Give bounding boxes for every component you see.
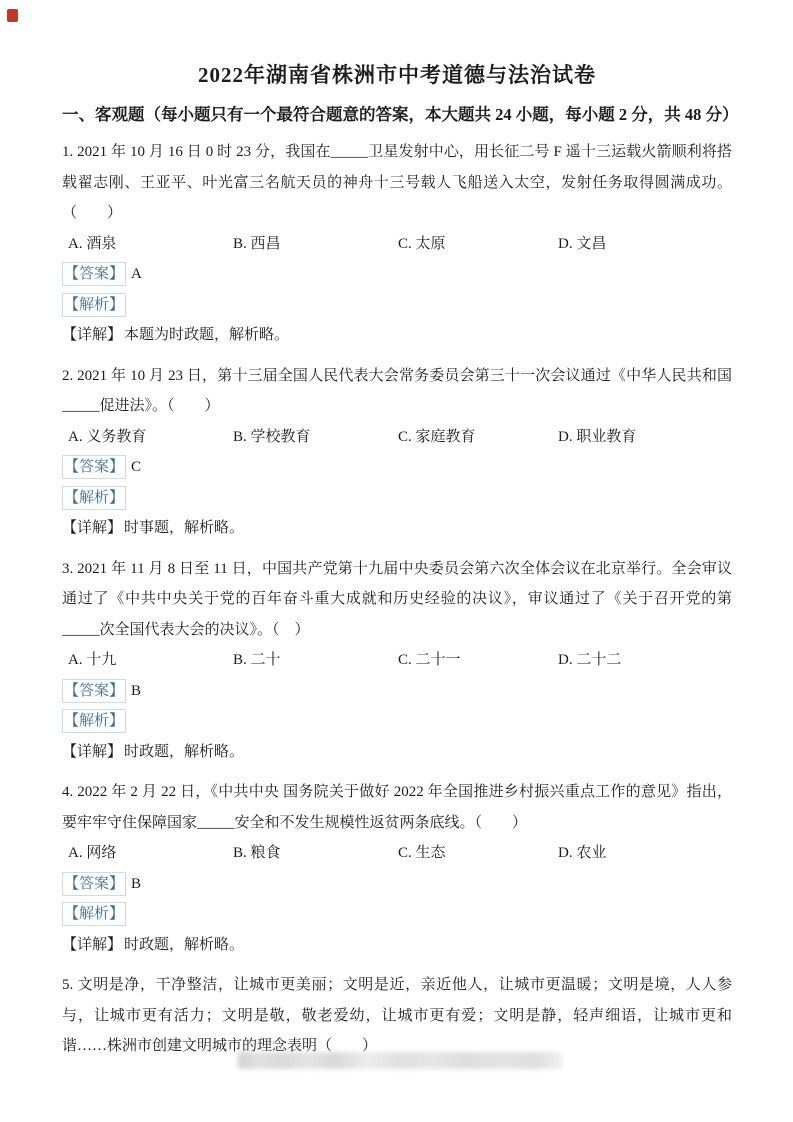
question-3-option-c: C. 二十一 — [398, 645, 558, 676]
corner-red-mark-icon — [7, 9, 18, 22]
answer-tag: 【答案】 — [62, 262, 126, 286]
question-3-detail-text: 时政题，解析略。 — [124, 744, 244, 760]
question-3-detail-line: 【详解】时政题，解析略。 — [62, 737, 732, 768]
detail-label: 【详解】 — [62, 520, 122, 536]
question-3-option-b: B. 二十 — [233, 645, 398, 676]
question-2-answer-value: C — [131, 459, 141, 475]
question-4-option-c: C. 生态 — [398, 838, 558, 869]
detail-label: 【详解】 — [62, 937, 122, 953]
question-2-option-d: D. 职业教育 — [558, 422, 732, 453]
blurred-watermark — [238, 1052, 562, 1069]
question-2-option-c: C. 家庭教育 — [398, 422, 558, 453]
question-4: 4. 2022 年 2 月 22 日，《中共中央 国务院关于做好 2022 年全… — [62, 777, 732, 960]
question-1-stem: 1. 2021 年 10 月 16 日 0 时 23 分，我国在_____卫星发… — [62, 137, 732, 229]
question-4-option-b: B. 粮食 — [233, 838, 398, 869]
question-3-option-a: A. 十九 — [68, 645, 233, 676]
question-5-stem: 5. 文明是净，干净整洁，让城市更美丽；文明是近，亲近他人，让城市更温暖；文明是… — [62, 970, 732, 1062]
question-2-option-b: B. 学校教育 — [233, 422, 398, 453]
question-3-options-row: A. 十九 B. 二十 C. 二十一 D. 二十二 — [62, 645, 732, 676]
question-2: 2. 2021 年 10 月 23 日，第十三届全国人民代表大会常务委员会第三十… — [62, 361, 732, 544]
document-title: 2022年湖南省株洲市中考道德与法治试卷 — [62, 61, 732, 89]
question-1-option-d: D. 文昌 — [558, 229, 732, 260]
analysis-tag: 【解析】 — [62, 293, 126, 317]
analysis-tag: 【解析】 — [62, 486, 126, 510]
detail-label: 【详解】 — [62, 744, 122, 760]
question-1-answer-line: 【答案】A — [62, 259, 732, 290]
analysis-tag: 【解析】 — [62, 709, 126, 733]
question-4-options-row: A. 网络 B. 粮食 C. 生态 D. 农业 — [62, 838, 732, 869]
question-2-detail-text: 时事题，解析略。 — [124, 520, 244, 536]
document-content: 2022年湖南省株洲市中考道德与法治试卷 一、客观题（每小题只有一个最符合题意的… — [62, 0, 732, 1062]
question-4-stem: 4. 2022 年 2 月 22 日，《中共中央 国务院关于做好 2022 年全… — [62, 777, 732, 838]
question-3-stem: 3. 2021 年 11 月 8 日至 11 日，中国共产党第十九届中央委员会第… — [62, 554, 732, 646]
question-1-answer-value: A — [131, 266, 142, 282]
question-2-analysis-line: 【解析】 — [62, 483, 732, 514]
question-3-analysis-line: 【解析】 — [62, 706, 732, 737]
question-2-detail-line: 【详解】时事题，解析略。 — [62, 513, 732, 544]
answer-tag: 【答案】 — [62, 679, 126, 703]
answer-tag: 【答案】 — [62, 872, 126, 896]
question-4-answer-line: 【答案】B — [62, 869, 732, 900]
detail-label: 【详解】 — [62, 327, 122, 343]
question-1-option-c: C. 太原 — [398, 229, 558, 260]
question-1-option-a: A. 酒泉 — [68, 229, 233, 260]
section-heading: 一、客观题（每小题只有一个最符合题意的答案，本大题共 24 小题，每小题 2 分… — [62, 103, 732, 127]
question-4-option-a: A. 网络 — [68, 838, 233, 869]
question-5: 5. 文明是净，干净整洁，让城市更美丽；文明是近，亲近他人，让城市更温暖；文明是… — [62, 970, 732, 1062]
question-1-option-b: B. 西昌 — [233, 229, 398, 260]
question-2-answer-line: 【答案】C — [62, 452, 732, 483]
question-3: 3. 2021 年 11 月 8 日至 11 日，中国共产党第十九届中央委员会第… — [62, 554, 732, 768]
question-4-option-d: D. 农业 — [558, 838, 732, 869]
analysis-tag: 【解析】 — [62, 902, 126, 926]
question-4-answer-value: B — [131, 876, 141, 892]
question-1-options-row: A. 酒泉 B. 西昌 C. 太原 D. 文昌 — [62, 229, 732, 260]
question-1-analysis-line: 【解析】 — [62, 290, 732, 321]
question-1-detail-line: 【详解】本题为时政题，解析略。 — [62, 320, 732, 351]
question-3-answer-value: B — [131, 683, 141, 699]
question-3-answer-line: 【答案】B — [62, 676, 732, 707]
question-1-detail-text: 本题为时政题，解析略。 — [124, 327, 289, 343]
question-4-analysis-line: 【解析】 — [62, 899, 732, 930]
question-1: 1. 2021 年 10 月 16 日 0 时 23 分，我国在_____卫星发… — [62, 137, 732, 351]
question-3-option-d: D. 二十二 — [558, 645, 732, 676]
question-2-options-row: A. 义务教育 B. 学校教育 C. 家庭教育 D. 职业教育 — [62, 422, 732, 453]
question-2-stem: 2. 2021 年 10 月 23 日，第十三届全国人民代表大会常务委员会第三十… — [62, 361, 732, 422]
question-4-detail-text: 时政题，解析略。 — [124, 937, 244, 953]
question-4-detail-line: 【详解】时政题，解析略。 — [62, 930, 732, 961]
exam-document-page: 2022年湖南省株洲市中考道德与法治试卷 一、客观题（每小题只有一个最符合题意的… — [0, 0, 793, 1122]
question-2-option-a: A. 义务教育 — [68, 422, 233, 453]
answer-tag: 【答案】 — [62, 455, 126, 479]
